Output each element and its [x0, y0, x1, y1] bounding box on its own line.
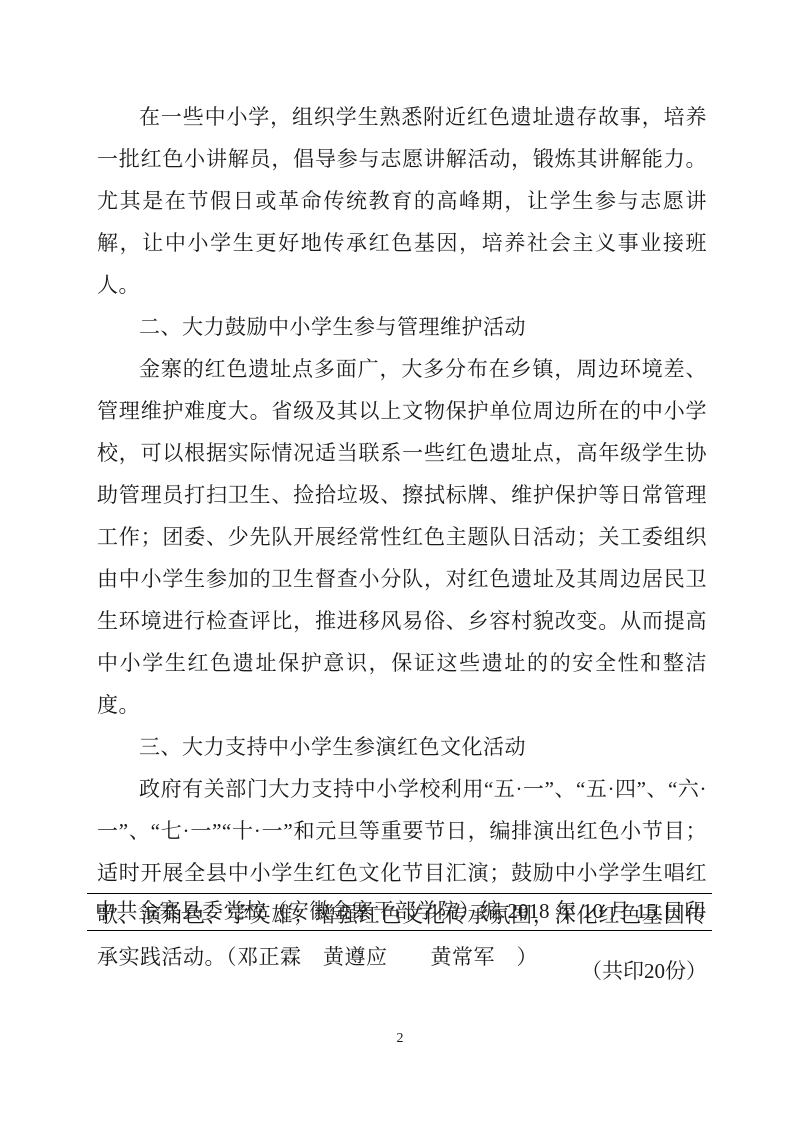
page-number: 2: [0, 1031, 800, 1047]
imprint-bar: 中共金寨县委党校（安徽金寨干部学院）编 2018 年 10 月 15 日印: [87, 893, 712, 931]
imprint-text: 中共金寨县委党校（安徽金寨干部学院）编 2018 年 10 月 15 日印: [87, 894, 712, 929]
paragraph-management-maintenance: 金寨的红色遗址点多面广，大多分布在乡镇，周边环境差、管理维护难度大。省级及其以上…: [97, 348, 707, 726]
document-page: 在一些中小学，组织学生熟悉附近红色遗址遗存故事，培养一批红色小讲解员，倡导参与志…: [0, 0, 800, 1130]
section-heading-2: 二、大力鼓励中小学生参与管理维护活动: [97, 306, 707, 348]
print-count-note: （共印20份）: [581, 956, 707, 986]
paragraph-red-culture-performance: 政府有关部门大力支持中小学校利用“五·一”、“五·四”、“六·一”、“七·一”“…: [97, 768, 707, 978]
paragraph-volunteer-explainers: 在一些中小学，组织学生熟悉附近红色遗址遗存故事，培养一批红色小讲解员，倡导参与志…: [97, 96, 707, 306]
document-body: 在一些中小学，组织学生熟悉附近红色遗址遗存故事，培养一批红色小讲解员，倡导参与志…: [97, 96, 707, 978]
section-heading-3: 三、大力支持中小学生参演红色文化活动: [97, 726, 707, 768]
